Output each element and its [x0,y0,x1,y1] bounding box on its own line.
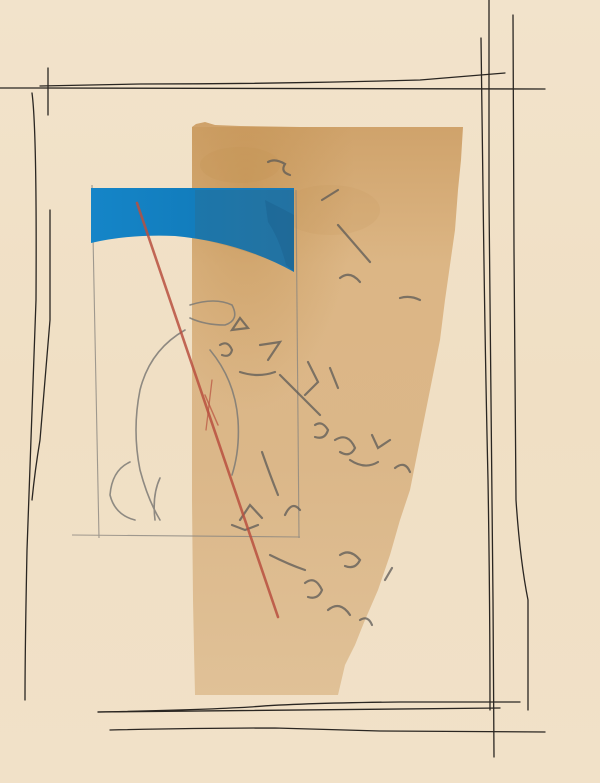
artwork-canvas [0,0,600,783]
painting [0,0,600,783]
